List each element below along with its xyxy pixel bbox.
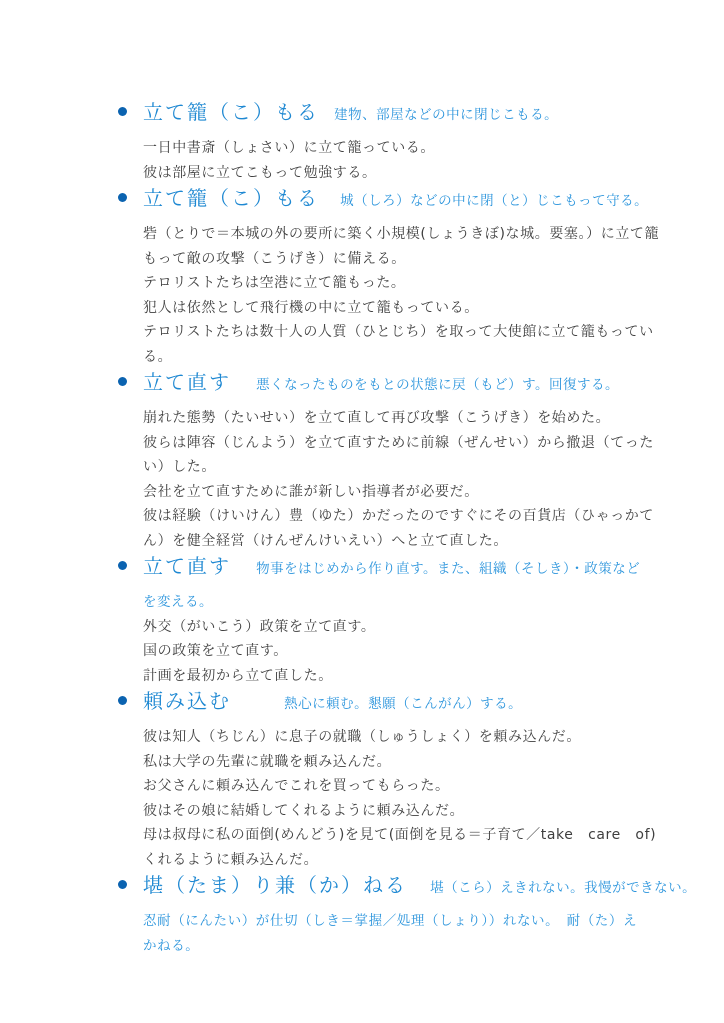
vocab-section: 立て直す 物事をはじめから作り直す。また、組織（そしき）・政策など を変える。 … bbox=[143, 553, 664, 688]
example-sentence: 犯人は依然として飛行機の中に立て籠もっている。 bbox=[143, 296, 664, 321]
bullet-icon bbox=[118, 377, 127, 386]
example-sentence: 計画を最初から立て直した。 bbox=[143, 664, 664, 689]
vocab-heading: 立て直す 物事をはじめから作り直す。また、組織（そしき）・政策など bbox=[143, 553, 664, 582]
vocab-heading: 立て籠（こ）もる 城（しろ）などの中に閉（と）じこもって守る。 bbox=[143, 185, 664, 214]
example-sentence: ん）を健全経営（けんぜんけいえい）へと立て直した。 bbox=[143, 529, 664, 554]
example-sentence: 砦（とりで＝本城の外の要所に築く小規模(しょうきぼ)な城。要塞。）に立て籠 bbox=[143, 222, 664, 247]
example-sentence: 彼は経験（けいけん）豊（ゆた）かだったのですぐにその百貨店（ひゃっかて bbox=[143, 504, 664, 529]
vocab-section: 立て直す 悪くなったものをもとの状態に戻（もど）す。回復する。 崩れた態勢（たい… bbox=[143, 369, 664, 553]
example-sentence: もって敵の攻撃（こうげき）に備える。 bbox=[143, 247, 664, 272]
vocab-section: 堪（たま）り兼（か）ねる 堪（こら）えきれない。我慢ができない。 忍耐（にんたい… bbox=[143, 872, 664, 958]
bullet-icon bbox=[118, 193, 127, 202]
vocab-term: 立て籠（こ）もる bbox=[143, 100, 319, 124]
vocab-term: 頼み込む bbox=[143, 689, 231, 713]
example-sentence: 一日中書斎（しょさい）に立て籠っている。 bbox=[143, 136, 664, 161]
document-page: 立て籠（こ）もる 建物、部屋などの中に閉じこもる。 一日中書斎（しょさい）に立て… bbox=[0, 0, 724, 1023]
example-sentence: る。 bbox=[143, 345, 664, 370]
vocab-heading: 立て籠（こ）もる 建物、部屋などの中に閉じこもる。 bbox=[143, 99, 664, 128]
example-sentence: 外交（がいこう）政策を立て直す。 bbox=[143, 615, 664, 640]
example-sentence: 彼はその娘に結婚してくれるように頼み込んだ。 bbox=[143, 799, 664, 824]
vocab-term: 立て直す bbox=[143, 370, 231, 394]
bullet-icon bbox=[118, 561, 127, 570]
vocab-definition: 悪くなったものをもとの状態に戻（もど）す。回復する。 bbox=[256, 377, 619, 393]
vocab-section: 頼み込む 熱心に頼む。懇願（こんがん）する。 彼は知人（ちじん）に息子の就職（し… bbox=[143, 688, 664, 872]
vocab-term: 立て直す bbox=[143, 554, 231, 578]
example-sentence: 私は大学の先輩に就職を頼み込んだ。 bbox=[143, 750, 664, 775]
definition-detail-line: かねる。 bbox=[143, 934, 664, 959]
definition-detail-line: 忍耐（にんたい）が仕切（しき＝掌握／処理（しょり））れない。 耐（た）え bbox=[143, 909, 664, 934]
example-sentence: い）した。 bbox=[143, 455, 664, 480]
vocab-definition: 堪（こら）えきれない。我慢ができない。 bbox=[430, 880, 696, 896]
bullet-icon bbox=[118, 696, 127, 705]
vocab-heading: 堪（たま）り兼（か）ねる 堪（こら）えきれない。我慢ができない。 bbox=[143, 872, 664, 901]
vocab-term: 堪（たま）り兼（か）ねる bbox=[143, 873, 407, 897]
example-sentence: 会社を立て直すために誰が新しい指導者が必要だ。 bbox=[143, 480, 664, 505]
example-sentence: 崩れた態勢（たいせい）を立て直して再び攻撃（こうげき）を始めた。 bbox=[143, 406, 664, 431]
example-sentence: くれるように頼み込んだ。 bbox=[143, 848, 664, 873]
vocab-definition: 物事をはじめから作り直す。また、組織（そしき）・政策など bbox=[256, 561, 640, 577]
example-sentence: 彼は部屋に立てこもって勉強する。 bbox=[143, 161, 664, 186]
vocab-heading: 立て直す 悪くなったものをもとの状態に戻（もど）す。回復する。 bbox=[143, 369, 664, 398]
vocab-heading: 頼み込む 熱心に頼む。懇願（こんがん）する。 bbox=[143, 688, 664, 717]
bullet-icon bbox=[118, 107, 127, 116]
example-sentence: 彼らは陣容（じんよう）を立て直すために前線（ぜんせい）から撤退（てった bbox=[143, 431, 664, 456]
vocab-definition-continuation: を変える。 bbox=[143, 590, 664, 615]
vocab-definition: 建物、部屋などの中に閉じこもる。 bbox=[334, 107, 558, 123]
vocab-definition: 城（しろ）などの中に閉（と）じこもって守る。 bbox=[340, 193, 648, 209]
example-sentence: テロリストたちは空港に立て籠もった。 bbox=[143, 271, 664, 296]
vocab-section: 立て籠（こ）もる 城（しろ）などの中に閉（と）じこもって守る。 砦（とりで＝本城… bbox=[143, 185, 664, 369]
bullet-icon bbox=[118, 880, 127, 889]
vocab-definition: 熱心に頼む。懇願（こんがん）する。 bbox=[284, 696, 522, 712]
example-sentence: テロリストたちは数十人の人質（ひとじち）を取って大使館に立て籠もってい bbox=[143, 320, 664, 345]
vocab-section: 立て籠（こ）もる 建物、部屋などの中に閉じこもる。 一日中書斎（しょさい）に立て… bbox=[143, 99, 664, 185]
example-sentence: 彼は知人（ちじん）に息子の就職（しゅうしょく）を頼み込んだ。 bbox=[143, 725, 664, 750]
vocab-term: 立て籠（こ）もる bbox=[143, 186, 319, 210]
example-sentence: 国の政策を立て直す。 bbox=[143, 639, 664, 664]
example-sentence: 母は叔母に私の面倒(めんどう)を見て(面倒を見る＝子育て／take care o… bbox=[143, 823, 664, 848]
example-sentence: お父さんに頼み込んでこれを買ってもらった。 bbox=[143, 774, 664, 799]
